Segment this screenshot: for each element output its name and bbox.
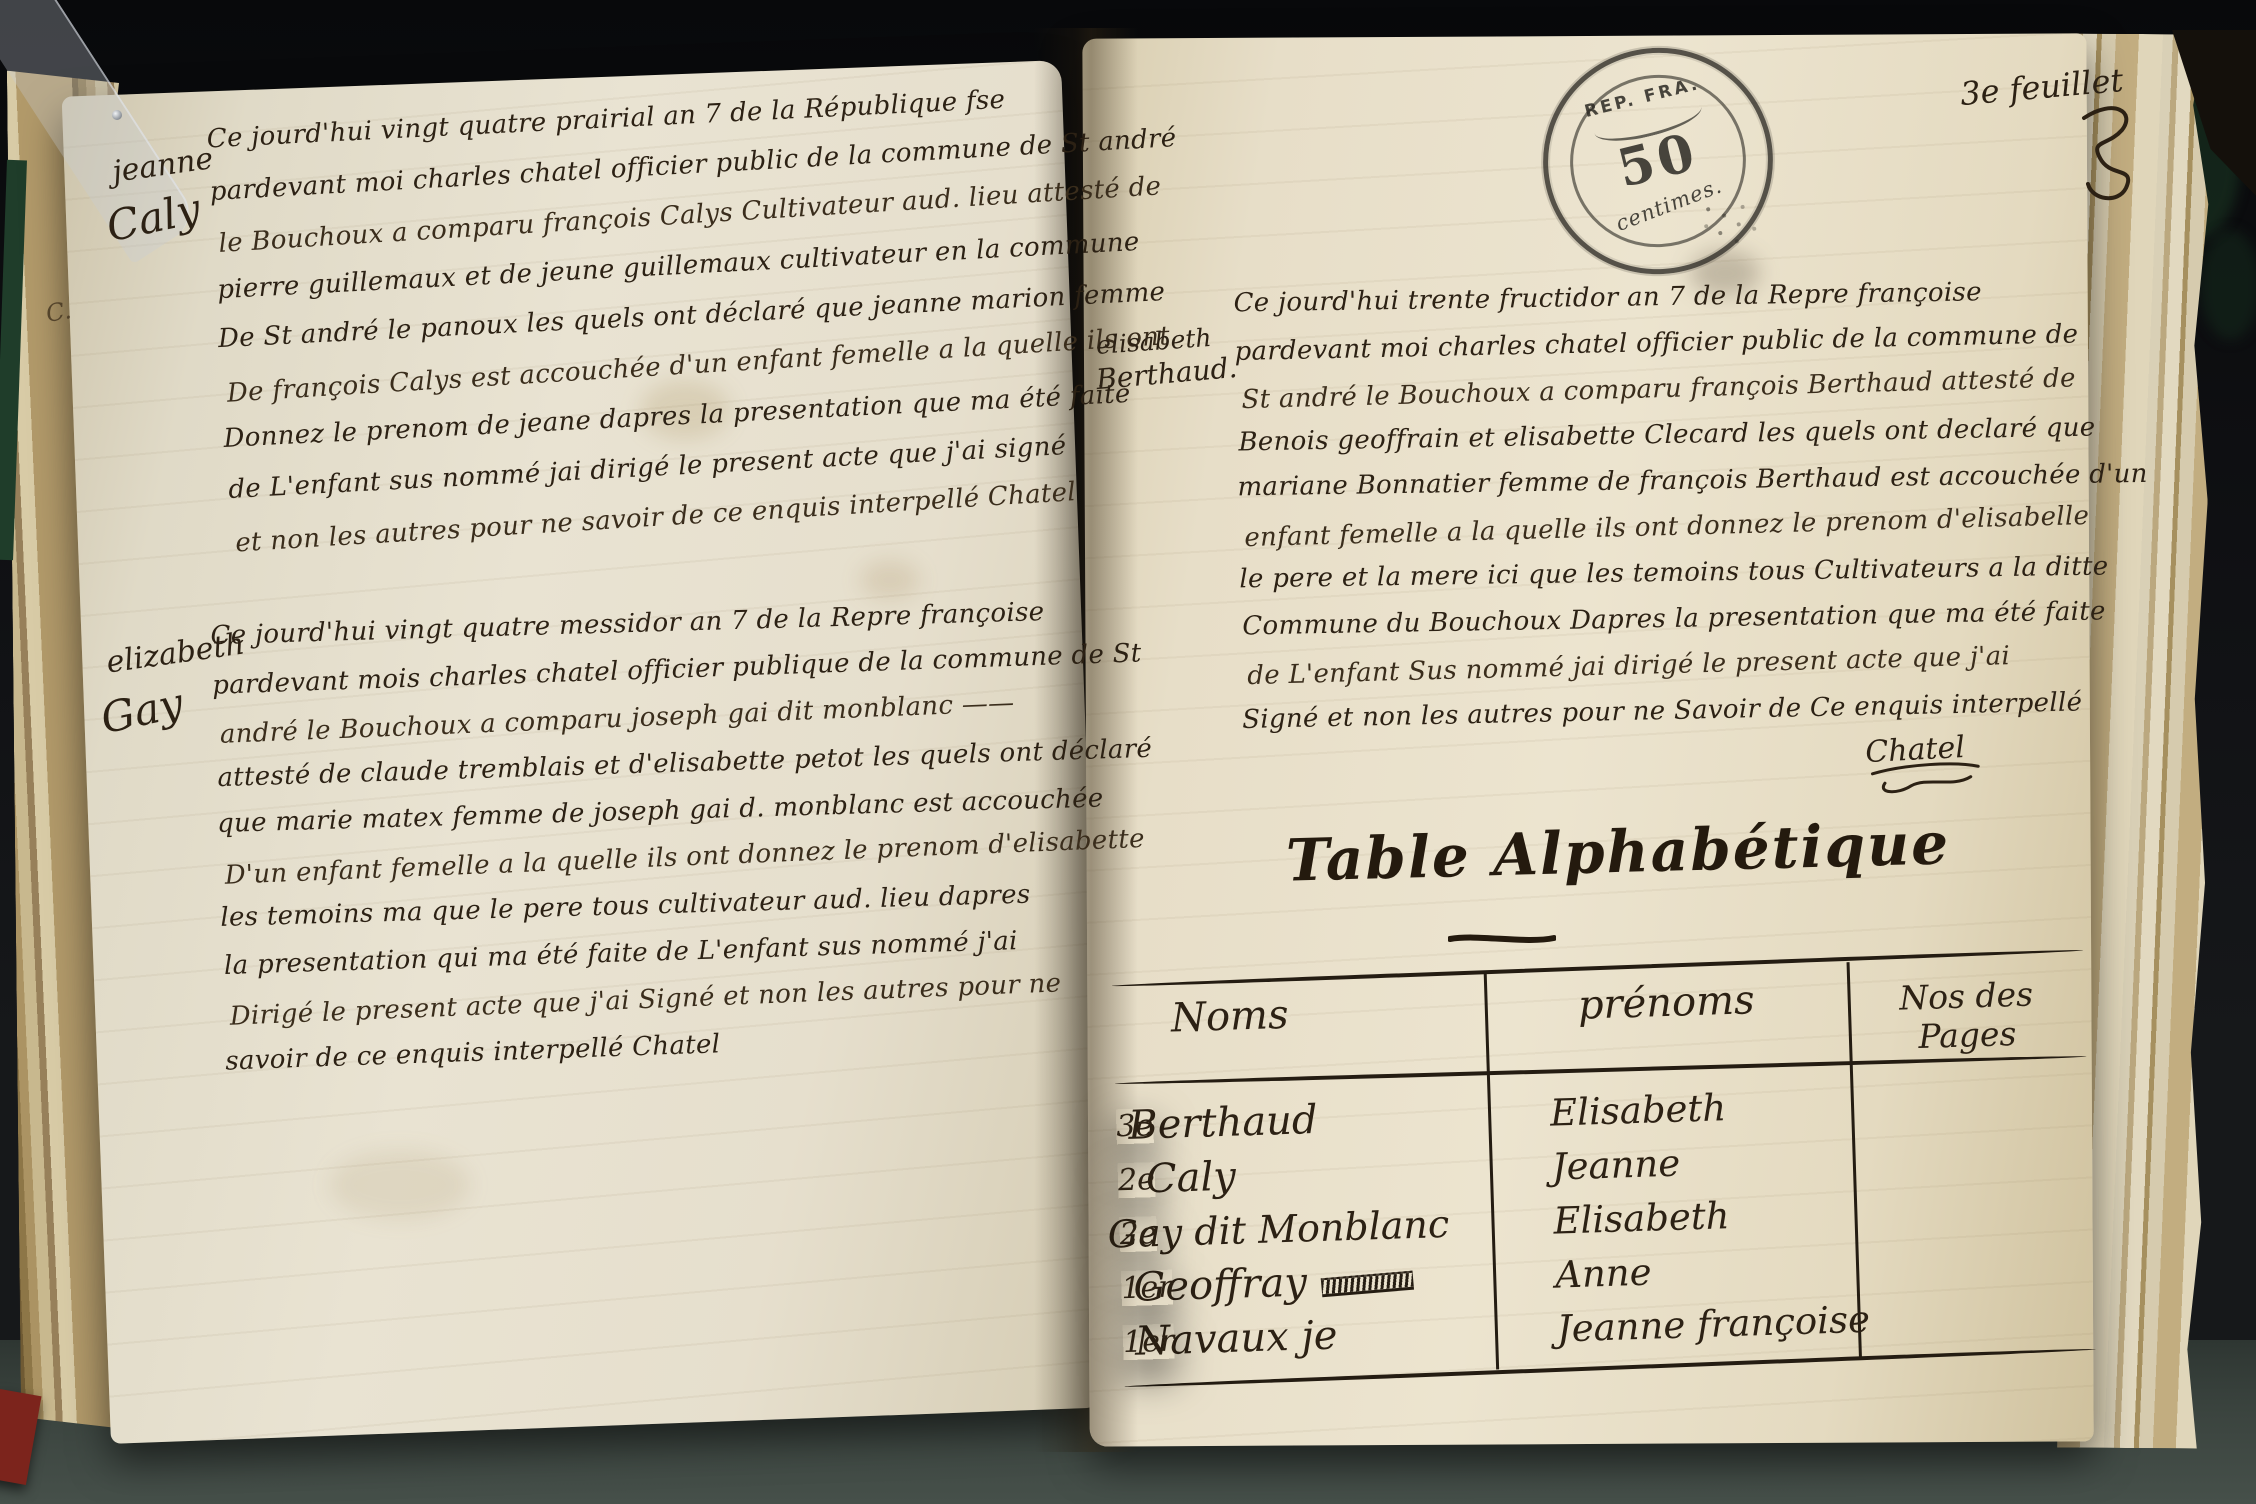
act-paragraph-fructidor: Ce jourd'hui trente fructidor an 7 de la…: [1233, 273, 2102, 751]
table-cell-page-number: 3e: [1116, 1108, 1154, 1144]
table-cell-firstname: Jeanne françoise: [1494, 1298, 1858, 1352]
corner-ink-mark: C.: [44, 296, 74, 328]
table-cell-firstname: Jeanne: [1489, 1136, 1853, 1190]
table-cell-page-number: 1er: [1121, 1269, 1173, 1306]
table-cell-firstname: Elisabeth: [1487, 1082, 1851, 1136]
table-cell-surname: Berthaud: [1116, 1092, 1489, 1150]
paraph-flourish: [2070, 96, 2160, 206]
table-cell-surname: Geoffray: [1121, 1254, 1494, 1312]
paper-stain: [330, 1150, 470, 1220]
table-cell-surname: Caly: [1117, 1146, 1490, 1204]
header-noms: Noms: [1112, 986, 1487, 1084]
table-cell-firstname: Anne: [1493, 1244, 1857, 1298]
table-header-row: Noms prénoms Nos des Pages: [1112, 967, 2086, 1083]
signature-chatel: Chatel: [1864, 729, 1987, 798]
act-paragraph-prairial: Ce jourd'hui vingt quatre prairial an 7 …: [206, 78, 1120, 577]
header-page-numbers: Nos des Pages: [1847, 967, 2087, 1060]
table-cell-surname: Navaux je: [1122, 1308, 1495, 1366]
title-underline-flourish: [1448, 934, 1556, 944]
foliage-glimpse: [2200, 230, 2256, 340]
clip-rivet: [112, 110, 122, 120]
table-rows: BerthaudElisabeth3eCalyJeanne2eGay dit M…: [1115, 1069, 2095, 1369]
act-paragraph-messidor: Ce jourd'hui vingt quatre messidor an 7 …: [210, 592, 1126, 1093]
photograph-of-register: jeanne Caly Ce jourd'hui vingt quatre pr…: [0, 0, 2256, 1504]
margin-name-jeanne-caly: jeanne Caly: [112, 148, 213, 240]
table-cell-page-number: 2e: [1119, 1216, 1157, 1252]
alphabetical-table: Noms prénoms Nos des Pages BerthaudElisa…: [1112, 951, 2096, 1393]
table-cell-page-number: 2e: [1117, 1162, 1155, 1198]
table-cell-firstname: Elisabeth: [1491, 1190, 1855, 1244]
paper-stain: [860, 560, 920, 600]
margin-name-elisabeth-berthaud: elisabeth Berthaud.: [1096, 326, 1237, 390]
header-prenoms: prénoms: [1484, 974, 1850, 1071]
crossed-out-word: [1320, 1270, 1413, 1297]
table-cell-page-number: 1er: [1123, 1323, 1175, 1360]
